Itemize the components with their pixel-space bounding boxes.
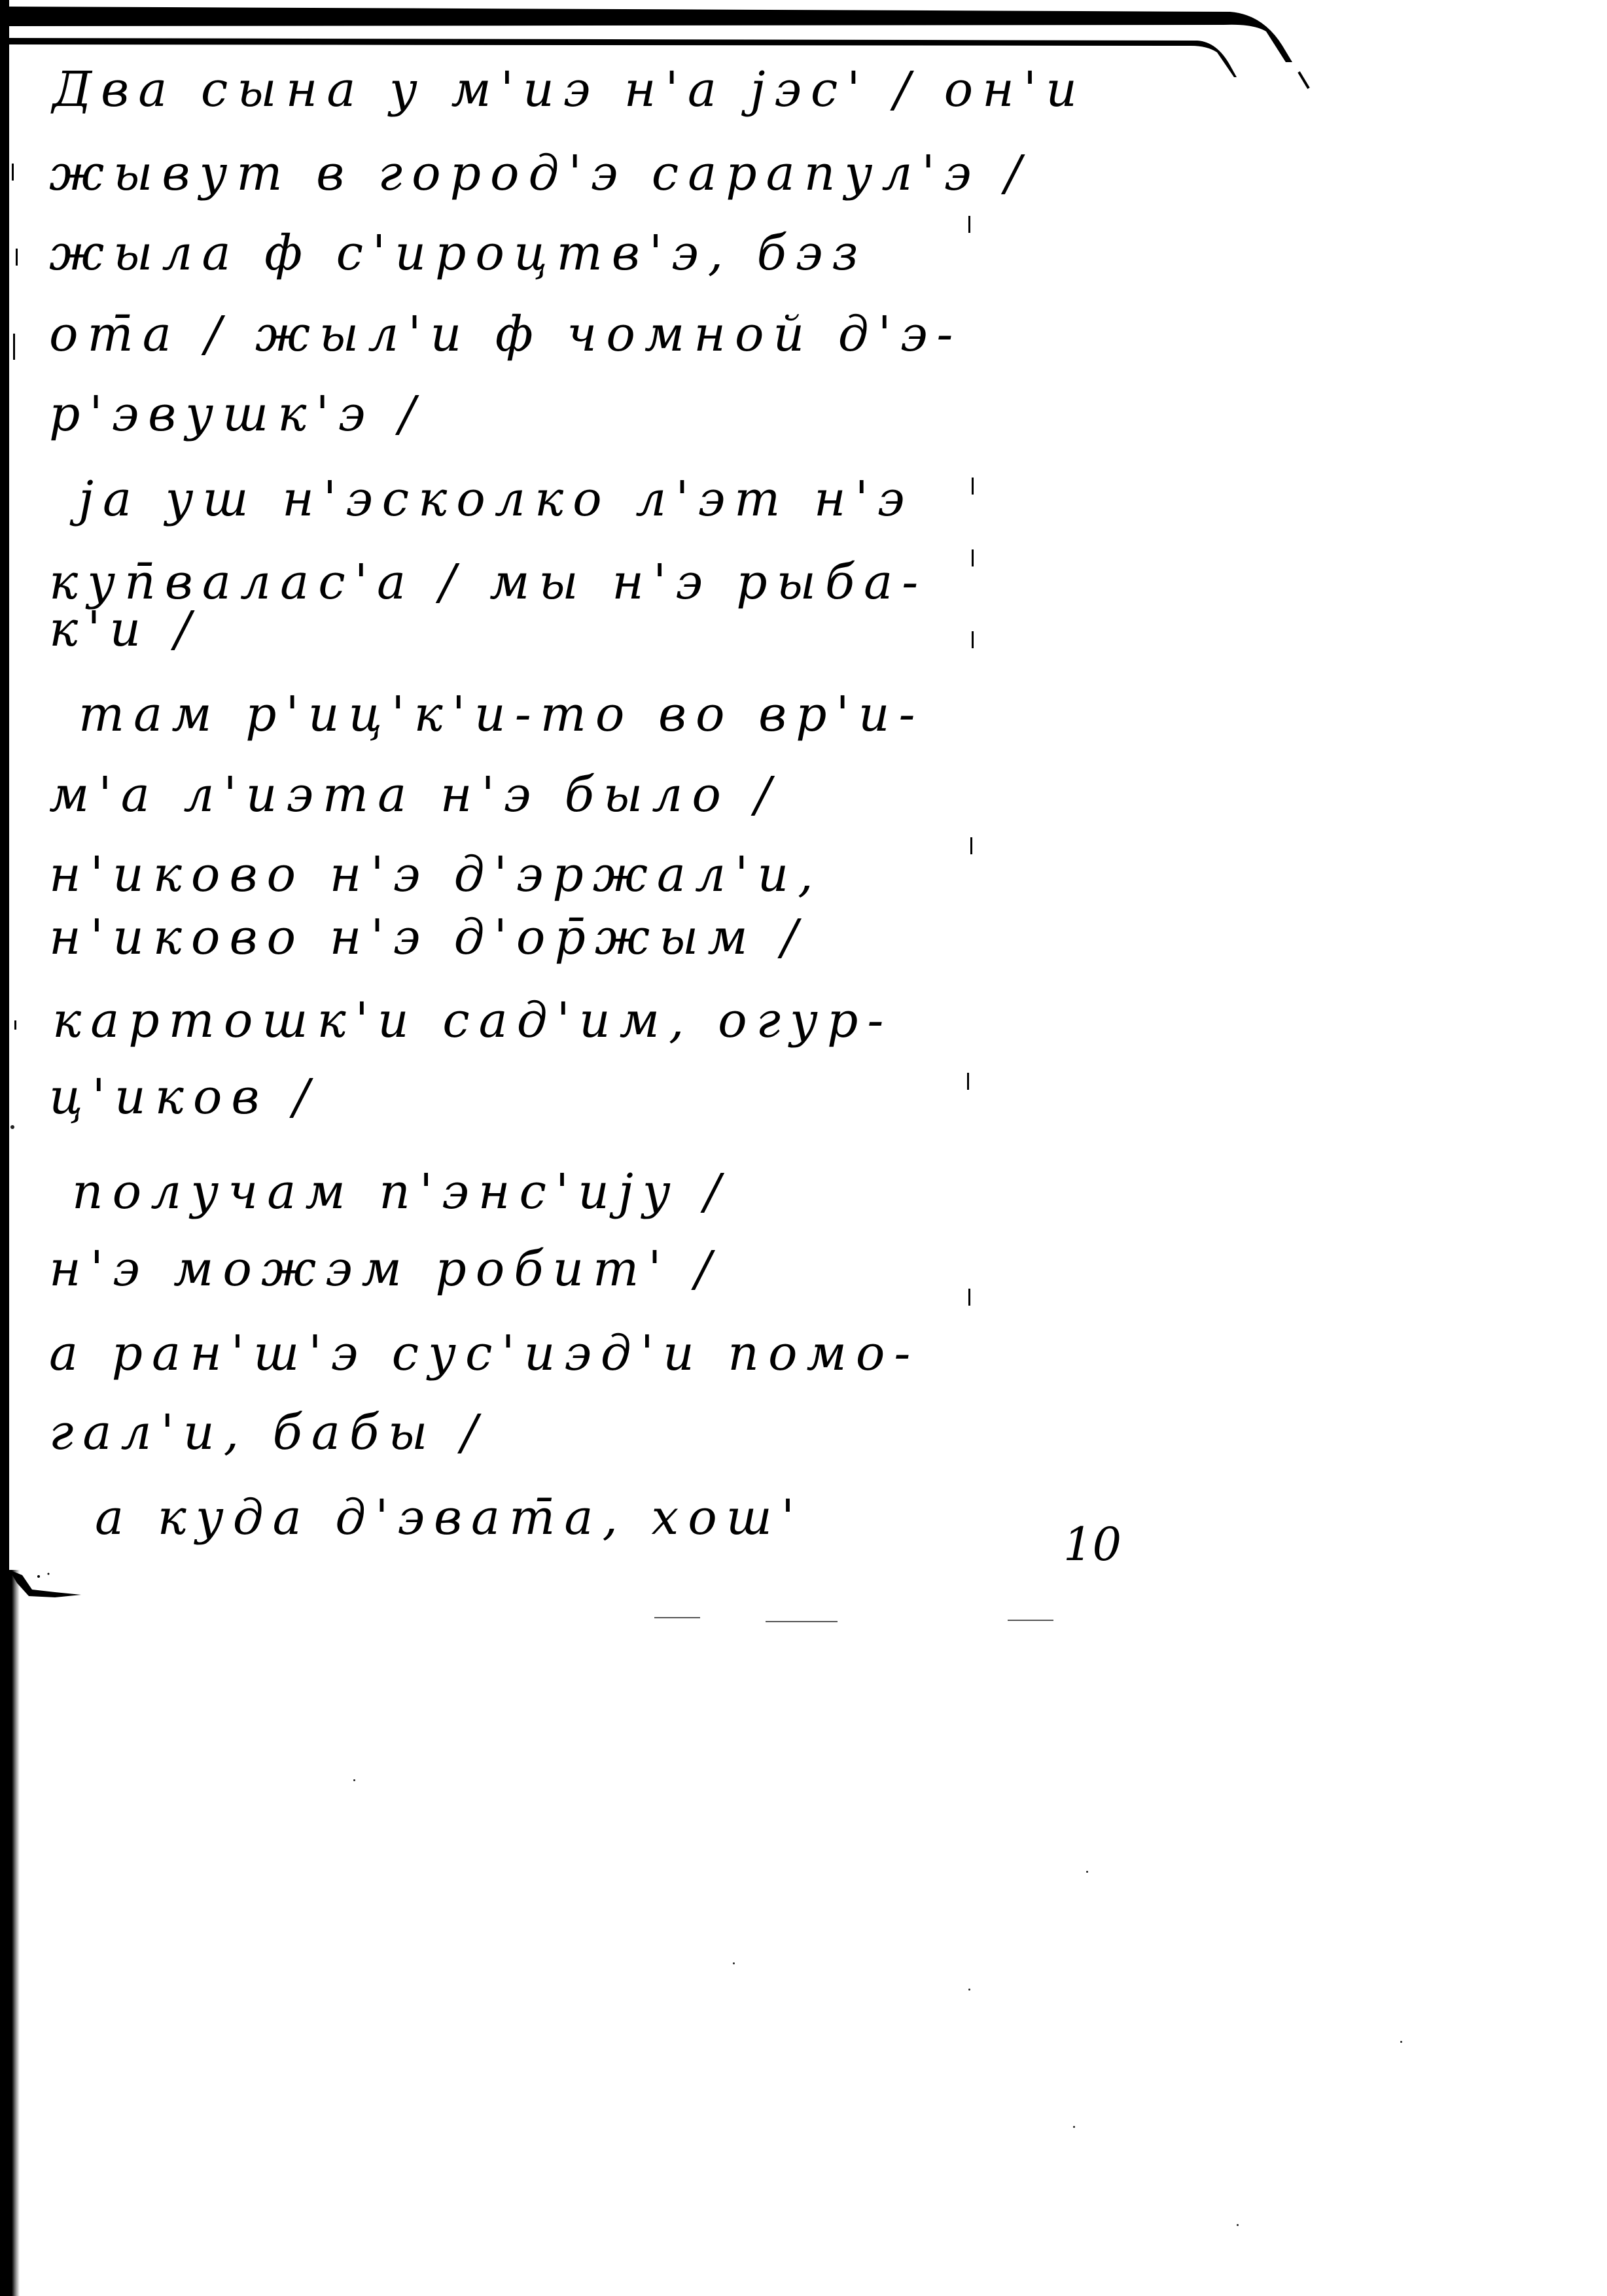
stress-tick bbox=[972, 478, 974, 495]
text-line-6: jа уш н'эсколко л'эт н'э bbox=[79, 475, 913, 523]
text-line-10: м'а л'иэта н'э было / bbox=[49, 771, 780, 819]
stress-tick bbox=[968, 1289, 970, 1306]
scan-speck bbox=[1237, 2224, 1239, 2226]
scan-corner-artifact bbox=[9, 1570, 81, 1603]
text-line-7: куп̄валас'а / мы н'э рыба- bbox=[49, 558, 927, 606]
scan-speck bbox=[1400, 2041, 1402, 2043]
text-line-16: н'э можэм робит' / bbox=[49, 1245, 720, 1293]
scan-speck bbox=[968, 1989, 970, 1991]
stress-tick bbox=[970, 837, 972, 854]
page-number: 10 bbox=[1063, 1518, 1121, 1571]
scanned-page: Два сына у м'иэ н'а jэс' / он'и жывут в … bbox=[0, 0, 1607, 2296]
text-line-9: там р'иц'к'и-то во вр'и- bbox=[79, 690, 925, 739]
margin-tick bbox=[14, 1020, 16, 1030]
text-line-4: от̄а / жыл'и ф чомной д'э- bbox=[49, 310, 962, 358]
scan-speck bbox=[1086, 1871, 1088, 1873]
scan-left-border-shadow bbox=[0, 1570, 20, 2296]
text-line-19: а куда д'эват̄а, хош' bbox=[95, 1493, 803, 1542]
text-line-8: к'и / bbox=[49, 605, 200, 653]
text-line-13: картошк'и сад'им, огур- bbox=[52, 996, 892, 1045]
text-line-1: Два сына у м'иэ н'а jэс' / он'и bbox=[52, 65, 1086, 114]
scan-speck bbox=[733, 1962, 735, 1964]
stress-tick bbox=[972, 631, 974, 648]
text-line-3: жыла ф с'ироцтв'э, бэз bbox=[49, 229, 868, 277]
text-line-15: получам п'энс'иjу / bbox=[72, 1168, 730, 1216]
scan-speck bbox=[1073, 2126, 1075, 2128]
text-line-2: жывут в город'э сарапул'э / bbox=[49, 149, 1031, 198]
scan-dash bbox=[766, 1621, 838, 1622]
scan-speck bbox=[353, 1779, 355, 1781]
text-line-17: а ран'ш'э сус'иэд'и помо- bbox=[49, 1329, 919, 1378]
text-line-14: ц'иков / bbox=[49, 1073, 319, 1121]
text-line-5: р'эвушк'э / bbox=[49, 390, 425, 438]
text-line-18: гал'и, бабы / bbox=[49, 1408, 487, 1457]
margin-dot bbox=[10, 1125, 14, 1129]
text-line-11: н'иково н'э д'эржал'и, bbox=[49, 850, 822, 899]
margin-tick bbox=[13, 334, 15, 360]
stress-tick bbox=[968, 216, 970, 233]
scan-dash bbox=[654, 1617, 700, 1618]
stress-tick bbox=[972, 549, 974, 566]
margin-tick bbox=[12, 164, 14, 181]
scan-dash bbox=[1008, 1620, 1053, 1621]
text-line-12: н'иково н'э д'ор̄жым / bbox=[49, 913, 807, 962]
stress-tick bbox=[967, 1073, 969, 1090]
margin-tick bbox=[16, 249, 18, 266]
